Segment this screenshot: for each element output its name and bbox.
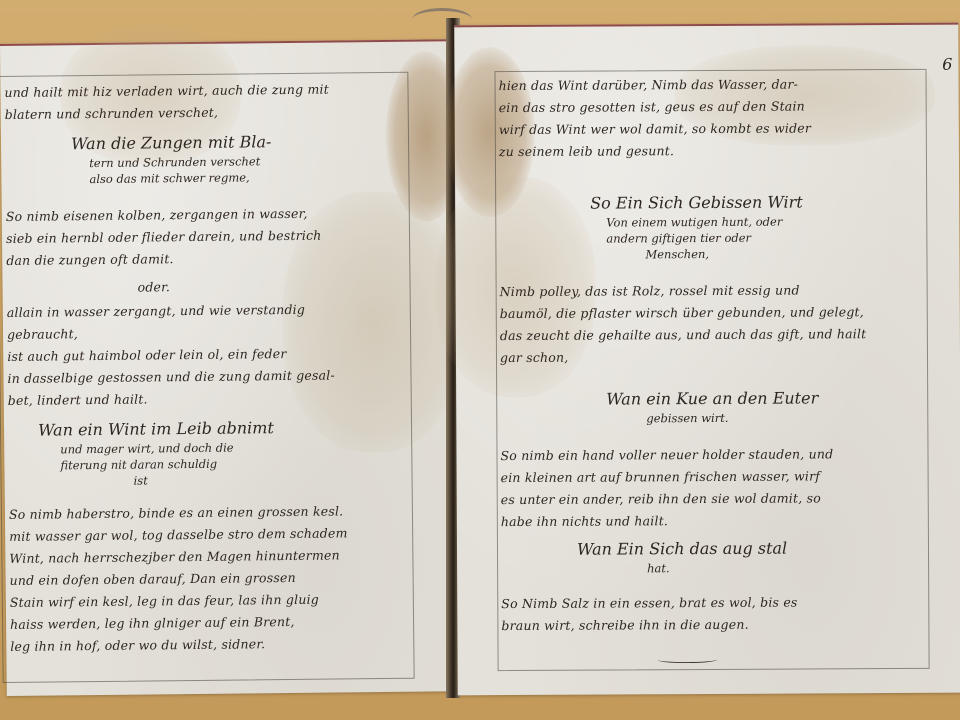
text-line: hien das Wint darüber, Nimb das Wasser, … — [499, 73, 811, 97]
text-line: dan die zungen oft damit. — [6, 247, 322, 272]
right-page: 6 hien das Wint darüber, Nimb das Wasser… — [454, 23, 960, 696]
text-line: So Nimb Salz in ein essen, brat es wol, … — [501, 592, 797, 616]
section-heading: Wan ein Kue an den Euter — [606, 387, 818, 410]
text-line: Wint, nach herrschezjber den Magen hinun… — [9, 544, 348, 570]
section-heading: So Ein Sich Gebissen Wirt — [590, 192, 803, 215]
text-line: blatern und schrunden verschet, — [5, 101, 330, 126]
text-line: sieb ein hernbl oder flieder darein, und… — [6, 225, 322, 250]
text-line: bet, lindert und hailt. — [8, 387, 336, 412]
page-number: 6 — [942, 55, 952, 74]
text-line: leg ihn in hof, oder wo du wilst, sidner… — [10, 632, 349, 658]
text-line: braun wirt, schreibe ihn in die augen. — [501, 614, 797, 638]
right-paragraph-1: Nimb polley, das ist Rolz, rossel mit es… — [500, 279, 867, 369]
heading-sub: also das mit schwer regme, — [71, 169, 272, 187]
right-heading-3: Wan Ein Sich das aug stal hat. — [577, 538, 787, 577]
right-paragraph-2: So nimb ein hand voller neuer holder sta… — [500, 443, 833, 533]
left-paragraph-1: So nimb eisenen kolben, zergangen in was… — [6, 203, 322, 272]
left-page: und hailt mit hiz verladen wirt, auch di… — [0, 39, 457, 696]
heading-sub: ist — [39, 471, 275, 489]
heading-sub: andern giftigen tier oder — [590, 230, 803, 247]
text-line: Nimb polley, das ist Rolz, rossel mit es… — [500, 279, 867, 303]
heading-sub: Menschen, — [590, 246, 803, 263]
right-heading-2: Wan ein Kue an den Euter gebissen wirt. — [606, 387, 818, 426]
text-line: baumöl, die pflaster wirsch über gebunde… — [500, 301, 867, 325]
text-line: allain in wasser zergangt, und wie verst… — [7, 299, 335, 324]
section-heading: Wan ein Wint im Leib abnimt — [38, 417, 274, 441]
right-heading-1: So Ein Sich Gebissen Wirt Von einem wuti… — [590, 192, 803, 263]
text-line: gar schon, — [500, 345, 867, 369]
right-paragraph-3: So Nimb Salz in ein essen, brat es wol, … — [501, 592, 797, 638]
section-heading: Wan die Zungen mit Bla- — [71, 131, 272, 155]
left-paragraph-3: So nimb haberstro, binde es an einen gro… — [9, 500, 349, 658]
text-line: habe ihn nichts und hailt. — [501, 509, 834, 533]
right-text-top: hien das Wint darüber, Nimb das Wasser, … — [499, 73, 812, 163]
text-line: ein kleinen art auf brunnen frischen was… — [501, 465, 834, 489]
left-paragraph-2: allain in wasser zergangt, und wie verst… — [7, 299, 336, 412]
section-heading: Wan Ein Sich das aug stal — [577, 538, 787, 561]
text-line: zu seinem leib und gesunt. — [499, 139, 811, 163]
text-line: in dasselbige gestossen und die zung dam… — [7, 365, 335, 390]
heading-sub: Von einem wutigen hunt, oder — [590, 214, 803, 231]
left-text-top: und hailt mit hiz verladen wirt, auch di… — [4, 79, 329, 126]
text-line: es unter ein ander, reib ihn den sie wol… — [501, 487, 834, 511]
text-line: ein das stro gesotten ist, geus es auf d… — [499, 95, 811, 119]
oder-separator: oder. — [137, 276, 170, 298]
heading-sub: gebissen wirt. — [606, 409, 818, 426]
left-heading-1: Wan die Zungen mit Bla- tern und Schrund… — [71, 131, 272, 187]
left-heading-2: Wan ein Wint im Leib abnimt und mager wi… — [38, 417, 275, 489]
text-line: und hailt mit hiz verladen wirt, auch di… — [4, 79, 329, 104]
text-line: wirf das Wint wer wol damit, so kombt es… — [499, 117, 811, 141]
text-line: das zeucht die gehailte aus, und auch da… — [500, 323, 867, 347]
heading-sub: hat. — [577, 560, 787, 577]
text-line: Stain wirf ein kesl, leg in das feur, la… — [10, 588, 349, 614]
text-line: So nimb ein hand voller neuer holder sta… — [500, 443, 833, 467]
